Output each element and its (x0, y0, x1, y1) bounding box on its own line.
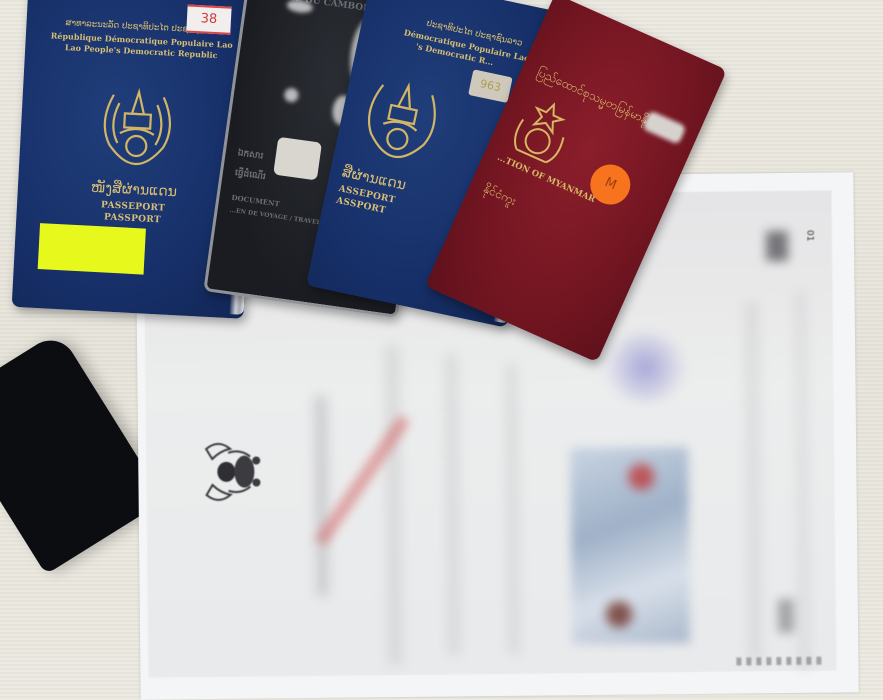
blurred-text-column (505, 364, 520, 654)
barcode-strip (736, 657, 826, 666)
khmer-line-1: ឯកសារ (237, 147, 264, 163)
wear-mark (283, 87, 299, 103)
number-sticker: 38 (186, 5, 231, 35)
blurred-mark (766, 231, 788, 261)
page-corner-mark: 01 (805, 230, 815, 242)
blurred-text-column (385, 345, 402, 665)
number-sticker: 963 (468, 69, 513, 103)
worn-patch (642, 110, 687, 145)
garuda-emblem-icon (198, 438, 269, 505)
document-line: DOCUMENT (231, 193, 280, 209)
blurred-text-column (445, 354, 460, 654)
blurred-text-column (794, 291, 810, 671)
blue-seal-blur (605, 332, 686, 403)
blurred-text-column (745, 301, 763, 661)
redaction-sticker (38, 223, 146, 274)
photo-blur (570, 447, 690, 644)
white-sticker (273, 137, 322, 181)
blurred-mark (778, 599, 794, 633)
blurred-text-column (316, 396, 328, 596)
lao-coat-of-arms-icon (355, 70, 448, 166)
lao-coat-of-arms-icon (96, 82, 178, 168)
khmer-line-2: ធ្វើដំណើរ (234, 167, 266, 184)
